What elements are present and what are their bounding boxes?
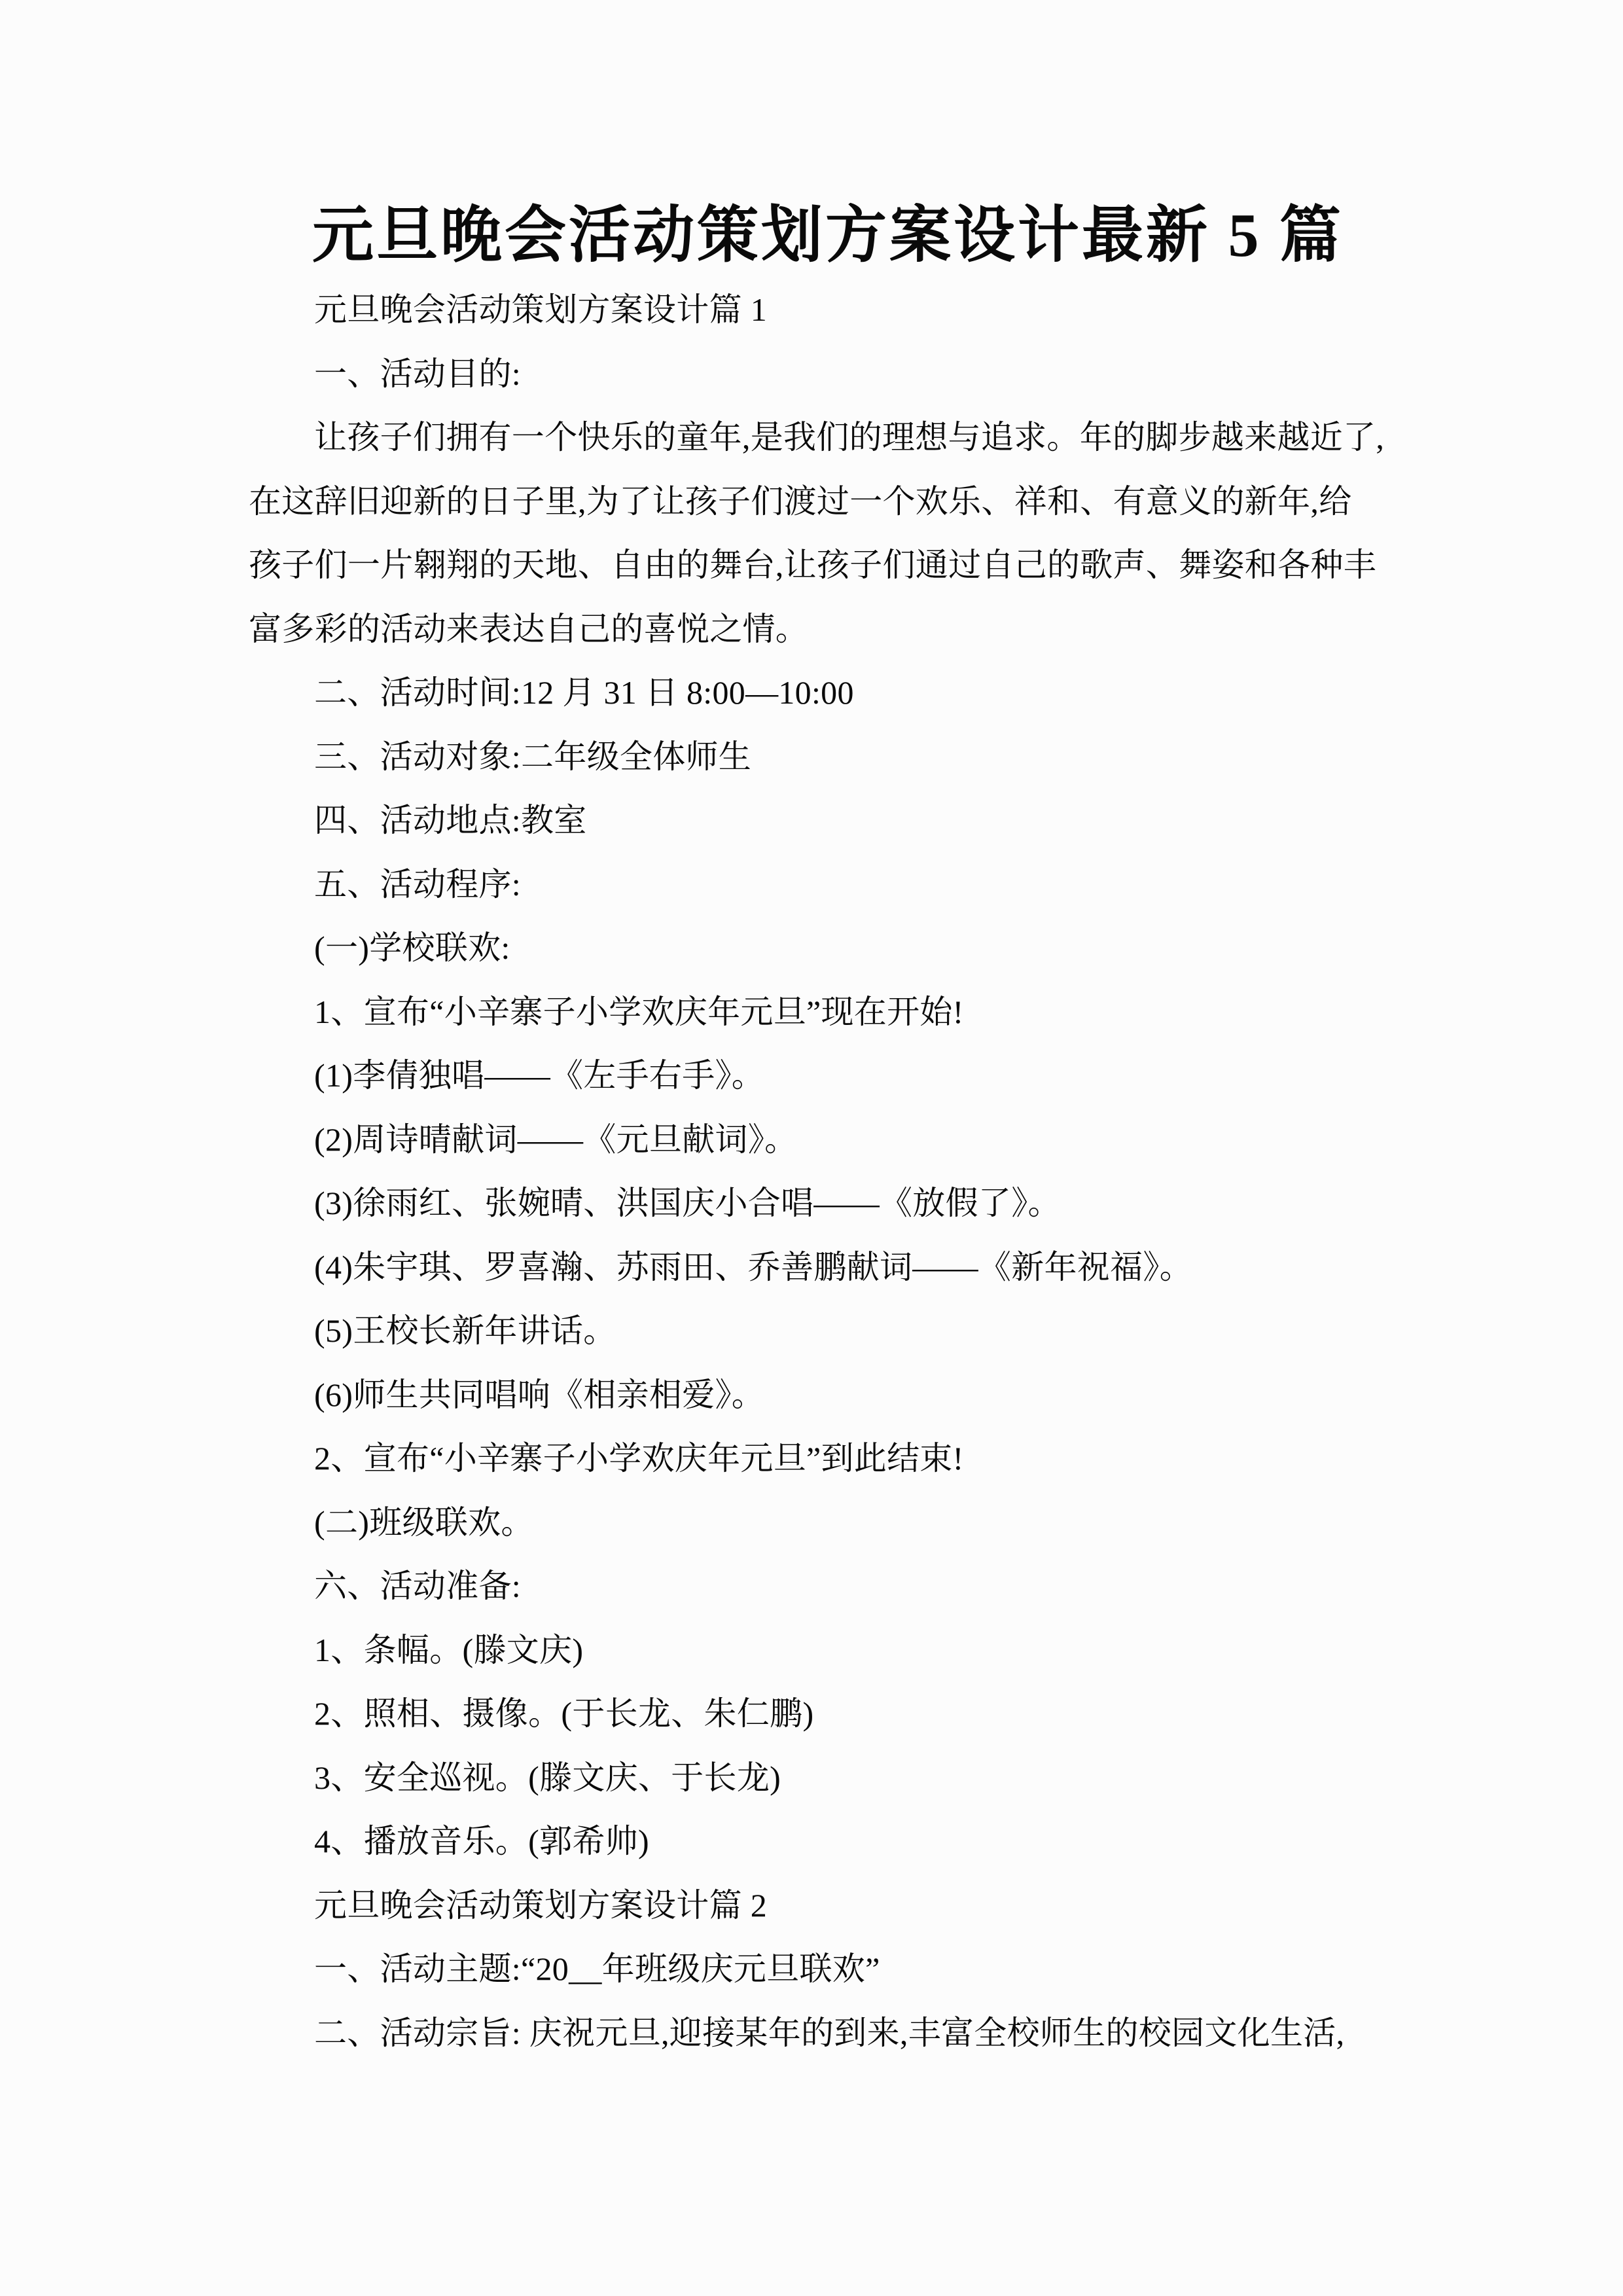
doc-line: 3、安全巡视。(滕文庆、于长龙) [249,1746,1407,1810]
doc-line: (二)班级联欢。 [249,1491,1407,1555]
doc-line: (2)周诗晴献词——《元旦献词》。 [249,1108,1407,1172]
doc-line: 一、活动目的: [249,342,1407,406]
doc-line: 孩子们一片翱翔的天地、自由的舞台,让孩子们通过自己的歌声、舞姿和各种丰 [249,533,1407,598]
document-title: 元旦晚会活动策划方案设计最新 5 篇 [249,193,1407,278]
doc-line: 4、播放音乐。(郭希帅) [249,1810,1407,1874]
doc-line: (3)徐雨红、张婉晴、洪国庆小合唱——《放假了》。 [249,1172,1407,1236]
doc-line: 四、活动地点:教室 [249,789,1407,853]
doc-line: 元旦晚会活动策划方案设计篇 2 [249,1874,1407,1938]
doc-line: 2、照相、摄像。(于长龙、朱仁鹏) [249,1682,1407,1746]
doc-line: 1、条幅。(滕文庆) [249,1619,1407,1683]
doc-line: 2、宣布“小辛寨子小学欢庆年元旦”到此结束! [249,1427,1407,1491]
doc-line: 二、活动宗旨: 庆祝元旦,迎接某年的到来,丰富全校师生的校园文化生活, [249,2001,1407,2066]
doc-line: 1、宣布“小辛寨子小学欢庆年元旦”现在开始! [249,980,1407,1045]
doc-line: 五、活动程序: [249,853,1407,917]
document-page: 元旦晚会活动策划方案设计最新 5 篇 元旦晚会活动策划方案设计篇 1一、活动目的… [0,0,1623,2296]
doc-line: 富多彩的活动来表达自己的喜悦之情。 [249,598,1407,662]
doc-line: 一、活动主题:“20__年班级庆元旦联欢” [249,1937,1407,2001]
doc-line: (1)李倩独唱——《左手右手》。 [249,1044,1407,1108]
document-body: 元旦晚会活动策划方案设计篇 1一、活动目的:让孩子们拥有一个快乐的童年,是我们的… [249,278,1407,2065]
doc-line: (6)师生共同唱响《相亲相爱》。 [249,1363,1407,1427]
doc-line: (5)王校长新年讲话。 [249,1299,1407,1363]
doc-line: (4)朱宇琪、罗喜瀚、苏雨田、乔善鹏献词——《新年祝福》。 [249,1236,1407,1300]
doc-line: 三、活动对象:二年级全体师生 [249,725,1407,789]
doc-line: 让孩子们拥有一个快乐的童年,是我们的理想与追求。年的脚步越来越近了, [249,406,1407,470]
doc-line: 六、活动准备: [249,1554,1407,1619]
doc-line: 二、活动时间:12 月 31 日 8:00—10:00 [249,661,1407,725]
doc-line: 在这辞旧迎新的日子里,为了让孩子们渡过一个欢乐、祥和、有意义的新年,给 [249,470,1407,534]
doc-line: (一)学校联欢: [249,916,1407,980]
doc-line: 元旦晚会活动策划方案设计篇 1 [249,278,1407,342]
